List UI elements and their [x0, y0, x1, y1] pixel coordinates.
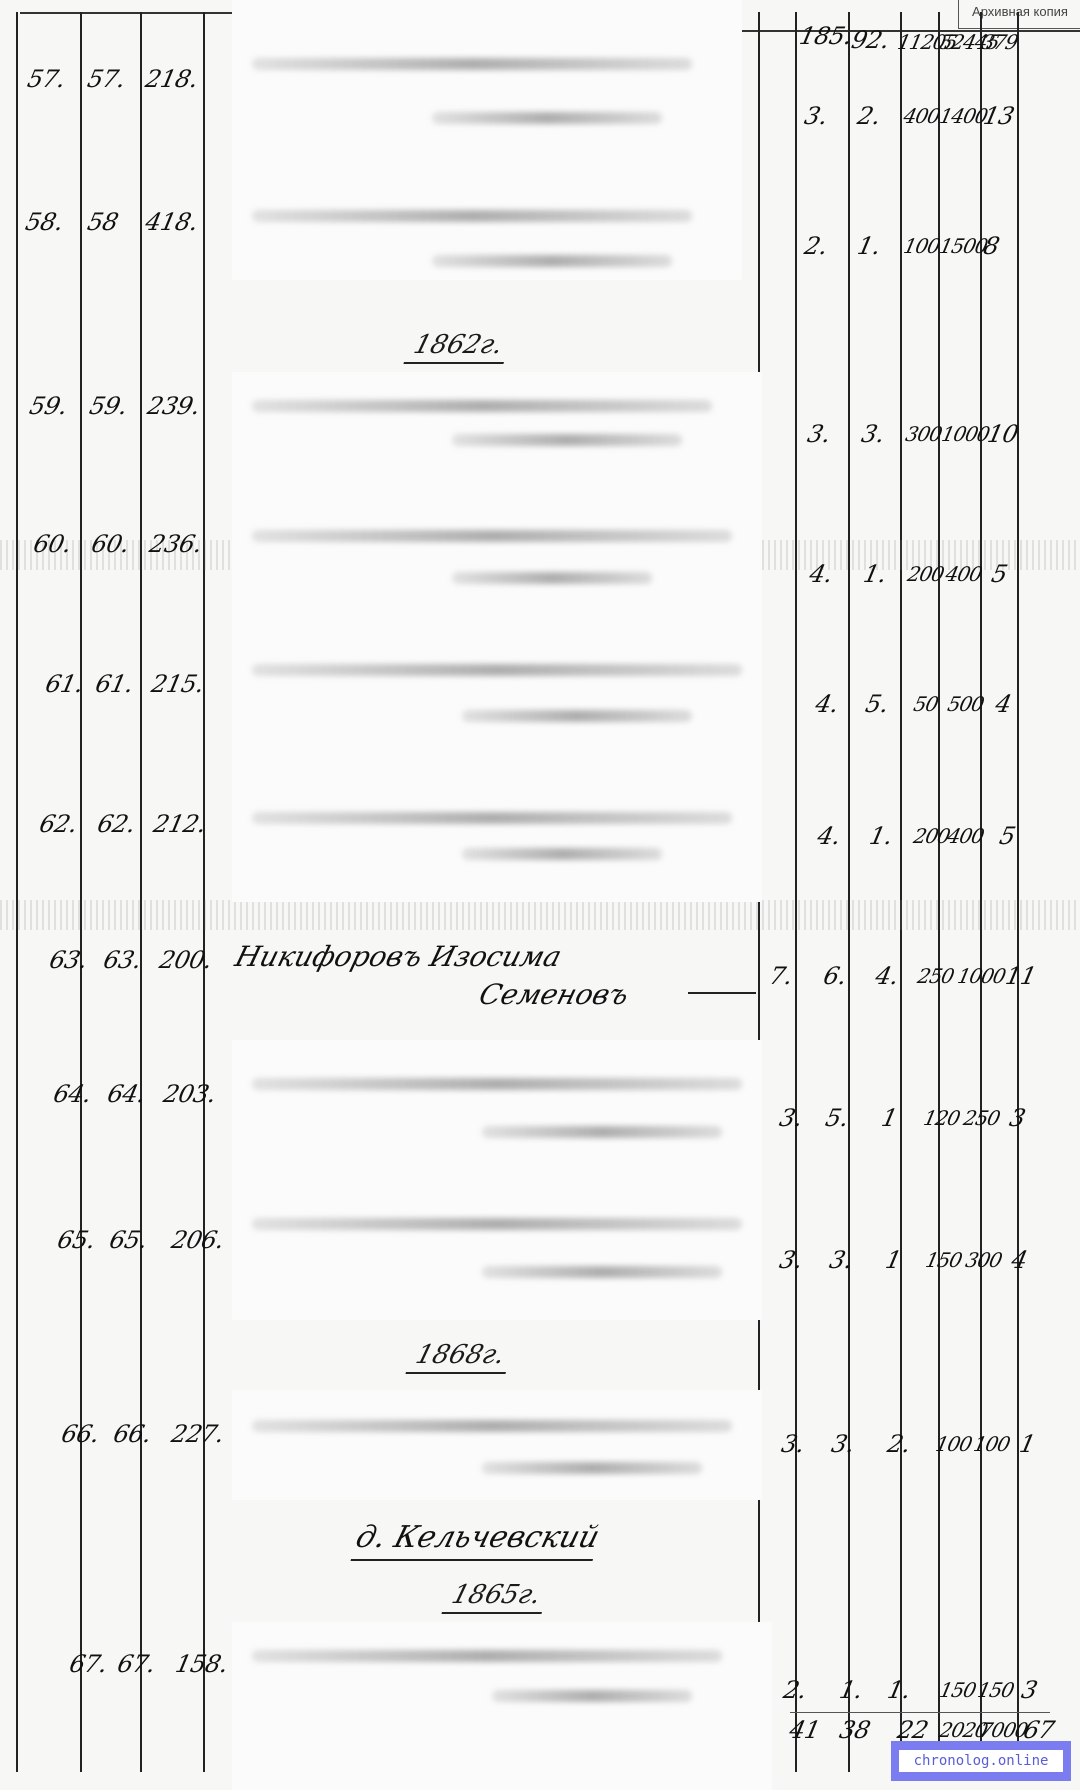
col-5-value: 150 — [975, 1678, 1015, 1702]
col-2-value: 1. — [867, 822, 895, 850]
col-2-value: 5. — [823, 1104, 851, 1132]
carry-col-a: 185. — [797, 22, 854, 50]
column-rule — [16, 12, 18, 1772]
col-3-value: 1. — [885, 1676, 913, 1704]
col-2-value: 3. — [827, 1246, 855, 1274]
col-3-value: 4. — [873, 962, 901, 990]
row-number-2: 67. — [115, 1650, 158, 1678]
col-1-value: 4. — [815, 822, 843, 850]
row-number: 65. — [55, 1226, 98, 1254]
col-3-value: 1 — [879, 1104, 900, 1132]
column-rule — [140, 12, 142, 1772]
col-2-value: 2. — [855, 102, 883, 130]
redacted-name-block — [232, 1622, 772, 1790]
house-number: 158. — [173, 1650, 230, 1678]
col-1-value: 3. — [777, 1246, 805, 1274]
col-1-value: 4. — [807, 560, 835, 588]
col-4-value: 400 — [945, 824, 985, 848]
house-number: 218. — [143, 65, 200, 93]
house-number: 212. — [151, 810, 208, 838]
col-4-value: 400 — [943, 562, 983, 586]
row-number: 67. — [67, 1650, 110, 1678]
section-village: д. Кельчевский — [351, 1520, 604, 1561]
resident-patronymic: Семеновъ — [476, 978, 633, 1011]
col-2-value: 3. — [829, 1430, 857, 1458]
col-5-value: 10 — [985, 420, 1020, 448]
col-2-value: 1. — [861, 560, 889, 588]
col-4-value: 250 — [915, 964, 955, 988]
col-5-value: 13 — [981, 102, 1016, 130]
col-2-value: 3. — [859, 420, 887, 448]
col-1-value: 2. — [802, 232, 830, 260]
row-number-2: 60. — [89, 530, 132, 558]
row-number-2: 57. — [85, 65, 128, 93]
col-6-value: 4 — [1009, 1246, 1030, 1274]
house-number: 206. — [169, 1226, 226, 1254]
col-4-value: 150 — [937, 1678, 977, 1702]
row-number-2: 62. — [95, 810, 138, 838]
column-rule — [848, 12, 850, 1772]
column-rule — [900, 12, 902, 1772]
row-number: 57. — [25, 65, 68, 93]
row-number-2: 64. — [105, 1080, 148, 1108]
redacted-name-block — [232, 1040, 762, 1320]
col-5-value: 4 — [993, 690, 1014, 718]
carry-col-e: 379 — [979, 30, 1019, 54]
house-number: 239. — [145, 392, 202, 420]
redacted-name-block — [232, 372, 762, 902]
ledger-page: Архивная копия — [0, 0, 1080, 1790]
total-col-2: 38 — [837, 1716, 872, 1744]
col-6-value: 11 — [1003, 962, 1038, 990]
col-2-value: 1. — [837, 1676, 865, 1704]
redacted-name-block — [232, 1390, 762, 1500]
carry-col-b: 92. — [849, 26, 892, 54]
col-5-value: 300 — [963, 1248, 1003, 1272]
col-6-value: 3 — [1007, 1104, 1028, 1132]
section-year-1862: 1862г. — [403, 330, 512, 364]
col-3-value: 2. — [885, 1430, 913, 1458]
col-1-value: 4. — [813, 690, 841, 718]
col-4-value: 150 — [923, 1248, 963, 1272]
col-4-value: 100 — [933, 1432, 973, 1456]
col-3-value: 100 — [901, 234, 941, 258]
house-number: 418. — [143, 208, 200, 236]
col-1-value: 3. — [777, 1104, 805, 1132]
redacted-name-block — [232, 0, 742, 280]
col-2-value: 1. — [855, 232, 883, 260]
col-1-value: 2. — [781, 1676, 809, 1704]
section-year-1865: 1865г. — [441, 1580, 550, 1614]
house-number: 227. — [169, 1420, 226, 1448]
row-number-2: 66. — [111, 1420, 154, 1448]
column-rule — [203, 12, 205, 1772]
col-2-value: 5. — [863, 690, 891, 718]
archive-stamp: Архивная копия — [958, 0, 1080, 29]
col-3-value: 200 — [905, 562, 945, 586]
col-4-value: 120 — [921, 1106, 961, 1130]
col-1-value: 3. — [802, 102, 830, 130]
scan-noise — [0, 900, 1080, 930]
house-number: 203. — [161, 1080, 218, 1108]
col-3-value: 300 — [903, 422, 943, 446]
house-number: 236. — [147, 530, 204, 558]
col-5-value: 250 — [961, 1106, 1001, 1130]
row-number: 60. — [31, 530, 74, 558]
watermark-text[interactable]: chronolog.online — [899, 1750, 1063, 1772]
total-col-3: 22 — [895, 1716, 930, 1744]
row-number-2: 59. — [87, 392, 130, 420]
col-1-value: 3. — [779, 1430, 807, 1458]
row-number-2: 58 — [85, 208, 120, 236]
col-4-value: 1000 — [939, 422, 991, 446]
col-1-value: 3. — [805, 420, 833, 448]
section-year-1868: 1868г. — [405, 1340, 514, 1374]
house-number: 215. — [149, 670, 206, 698]
row-number: 61. — [43, 670, 86, 698]
column-rule — [980, 12, 982, 1772]
column-rule — [795, 12, 797, 1772]
row-number: 58. — [23, 208, 66, 236]
col-1-value: 7. — [767, 962, 795, 990]
col-3-value: 50 — [911, 692, 940, 716]
total-col-1: 41 — [787, 1716, 822, 1744]
house-number: 200. — [157, 946, 214, 974]
totals-rule — [790, 1712, 1050, 1713]
row-number: 63. — [47, 946, 90, 974]
column-rule — [80, 12, 82, 1772]
row-number: 59. — [27, 392, 70, 420]
row-number-2: 63. — [101, 946, 144, 974]
col-6-value: 1 — [1017, 1430, 1038, 1458]
resident-name: Никифоровъ Изосима — [232, 940, 566, 973]
col-3-value: 400 — [901, 104, 941, 128]
col-5-value: 1000 — [955, 964, 1007, 988]
col-6-value: 3 — [1019, 1676, 1040, 1704]
col-5-value: 100 — [971, 1432, 1011, 1456]
column-rule — [1017, 12, 1019, 1752]
row-number-2: 65. — [107, 1226, 150, 1254]
fill-dash — [688, 992, 756, 994]
row-number-2: 61. — [93, 670, 136, 698]
col-5-value: 5 — [997, 822, 1018, 850]
watermark-badge[interactable]: chronolog.online — [891, 1741, 1071, 1781]
col-2-value: 6. — [821, 962, 849, 990]
total-col-6: 67 — [1021, 1716, 1056, 1744]
column-rule — [938, 12, 940, 1772]
row-number: 64. — [51, 1080, 94, 1108]
row-number: 62. — [37, 810, 80, 838]
row-number: 66. — [59, 1420, 102, 1448]
col-4-value: 500 — [945, 692, 985, 716]
